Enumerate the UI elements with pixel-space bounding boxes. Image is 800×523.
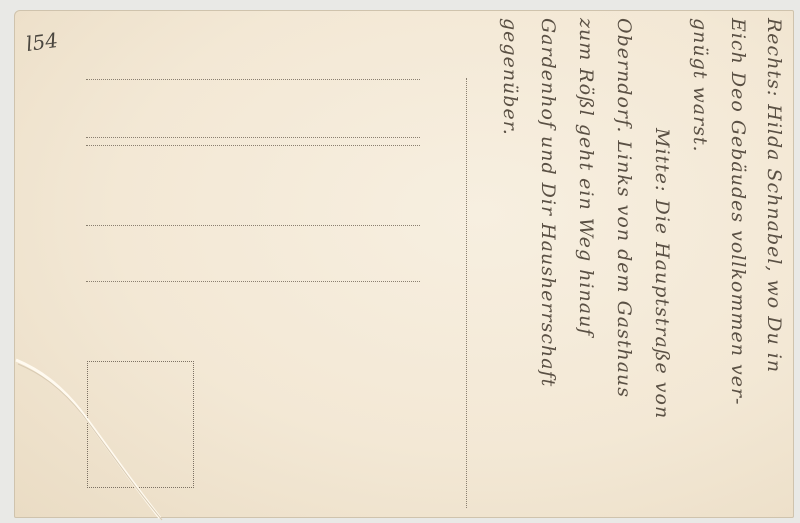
handwriting-line: Oberndorf. Links von dem Gasthaus [614, 18, 633, 398]
handwriting-line: Gardenhof und Dir Hausherrschaft [538, 18, 557, 387]
handwriting-line: zum Rößl geht ein Weg hinauf [576, 18, 595, 336]
handwriting-line: gnügt warst. [690, 18, 709, 153]
handwriting-line: Mitte: Die Hauptstraße von [652, 128, 671, 419]
handwriting-line: Eich Deo Gebäudes vollkommen ver- [728, 18, 747, 405]
handwritten-message: Rechts: Hilda Schnabel, wo Du in Eich De… [478, 18, 783, 508]
handwriting-line: Rechts: Hilda Schnabel, wo Du in [764, 18, 783, 373]
handwriting-line: gegenüber. [500, 18, 519, 136]
